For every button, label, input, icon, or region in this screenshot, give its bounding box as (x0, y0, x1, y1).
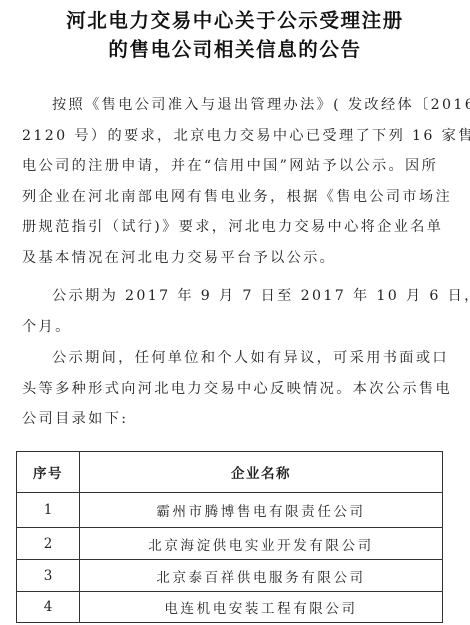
paragraph-line: 列企业在河北南部电网有售电业务，根据《售电公司市场注 (22, 182, 442, 213)
paragraph-line: 册规范指引（试行)》要求，河北电力交易中心将企业名单 (22, 212, 442, 243)
cell-company-name: 霸州市腾博售电有限责任公司 (80, 493, 443, 528)
table-row: 3 北京泰百祥供电服务有限公司 (17, 560, 443, 592)
paragraph-basis: 按照《售电公司准入与退出管理办法》( 发改经体〔2016〕 2120 号）的要求… (22, 90, 442, 273)
table-header-row: 序号 企业名称 (17, 452, 443, 493)
paragraph-line: 头等多种形式向河北电力交易中心反映情况。本次公示售电 (22, 374, 442, 405)
paragraph-period: 公示期为 2017 年 9 月 7 日至 2017 年 10 月 6 日，时间 … (22, 281, 442, 342)
header-company-name: 企业名称 (80, 452, 443, 493)
paragraph-line: 2120 号）的要求，北京电力交易中心已受理了下列 16 家售 (22, 121, 442, 152)
paragraph-line: 公示期为 2017 年 9 月 7 日至 2017 年 10 月 6 日，时间 … (22, 281, 442, 312)
document-title-line-1: 河北电力交易中心关于公示受理注册 (0, 5, 470, 33)
cell-serial-number: 1 (17, 493, 80, 528)
cell-company-name: 北京泰百祥供电服务有限公司 (80, 560, 443, 592)
cell-serial-number: 2 (17, 528, 80, 560)
document-title-line-2: 的售电公司相关信息的公告 (0, 34, 470, 62)
table-row: 2 北京海淀供电实业开发有限公司 (17, 528, 443, 560)
cell-company-name: 北京海淀供电实业开发有限公司 (80, 528, 443, 560)
company-table: 序号 企业名称 1 霸州市腾博售电有限责任公司 2 北京海淀供电实业开发有限公司… (16, 451, 443, 623)
paragraph-line: 公示期间，任何单位和个人如有异议，可采用书面或口 (22, 343, 442, 374)
cell-serial-number: 4 (17, 592, 80, 623)
table-row: 1 霸州市腾博售电有限责任公司 (17, 493, 443, 528)
paragraph-line: 按照《售电公司准入与退出管理办法》( 发改经体〔2016〕 (22, 90, 442, 121)
header-serial-number: 序号 (17, 452, 80, 493)
paragraph-line: 个月。 (22, 312, 442, 343)
paragraph-objection: 公示期间，任何单位和个人如有异议，可采用书面或口 头等多种形式向河北电力交易中心… (22, 343, 442, 435)
paragraph-line: 电公司的注册申请，并在“信用中国”网站予以公示。因所 (22, 151, 442, 182)
paragraph-line: 公司目录如下: (22, 404, 442, 435)
paragraph-line: 及基本情况在河北电力交易平台予以公示。 (22, 243, 442, 274)
cell-company-name: 电连机电安装工程有限公司 (80, 592, 443, 623)
table-row: 4 电连机电安装工程有限公司 (17, 592, 443, 623)
cell-serial-number: 3 (17, 560, 80, 592)
